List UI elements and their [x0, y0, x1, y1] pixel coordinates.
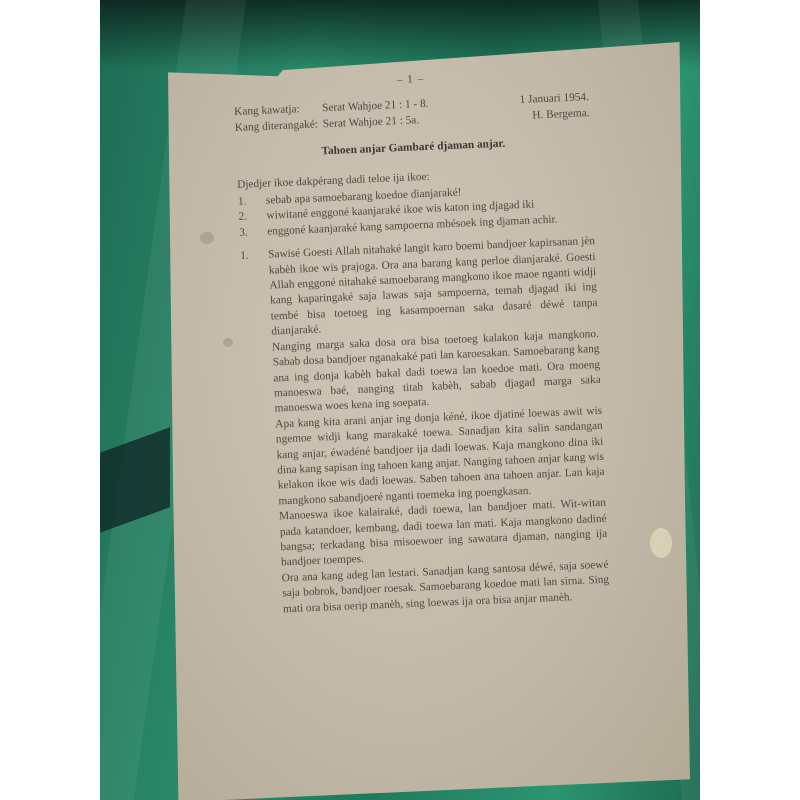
- section-1: 1. Sawisé Goesti Allah nitahaké langit k…: [240, 234, 610, 618]
- paragraph: Apa kang kita arani anjar ing donja kéné…: [275, 404, 606, 510]
- text-label: Kang diterangaké:: [235, 117, 324, 136]
- paper-stain: [200, 232, 214, 244]
- list-number: 1.: [238, 194, 267, 211]
- page-number: – 1 –: [233, 65, 588, 95]
- paragraph: Nanging marga saka dosa ora bisa toetoeg…: [272, 327, 602, 418]
- document-text: – 1 – Kang kawatja: Serat Wahjoe 21 : 1 …: [232, 45, 610, 618]
- paper-stain: [650, 528, 672, 558]
- paragraph: Sawisé Goesti Allah nitahaké langit karo…: [268, 234, 599, 340]
- paper-stain: [223, 338, 233, 347]
- list-number: 2.: [238, 209, 267, 226]
- document-title: Tahoen anjar Gambaré djaman anjar.: [236, 133, 591, 163]
- section-body: Sawisé Goesti Allah nitahaké langit karo…: [268, 234, 610, 617]
- list-number: 3.: [239, 225, 268, 242]
